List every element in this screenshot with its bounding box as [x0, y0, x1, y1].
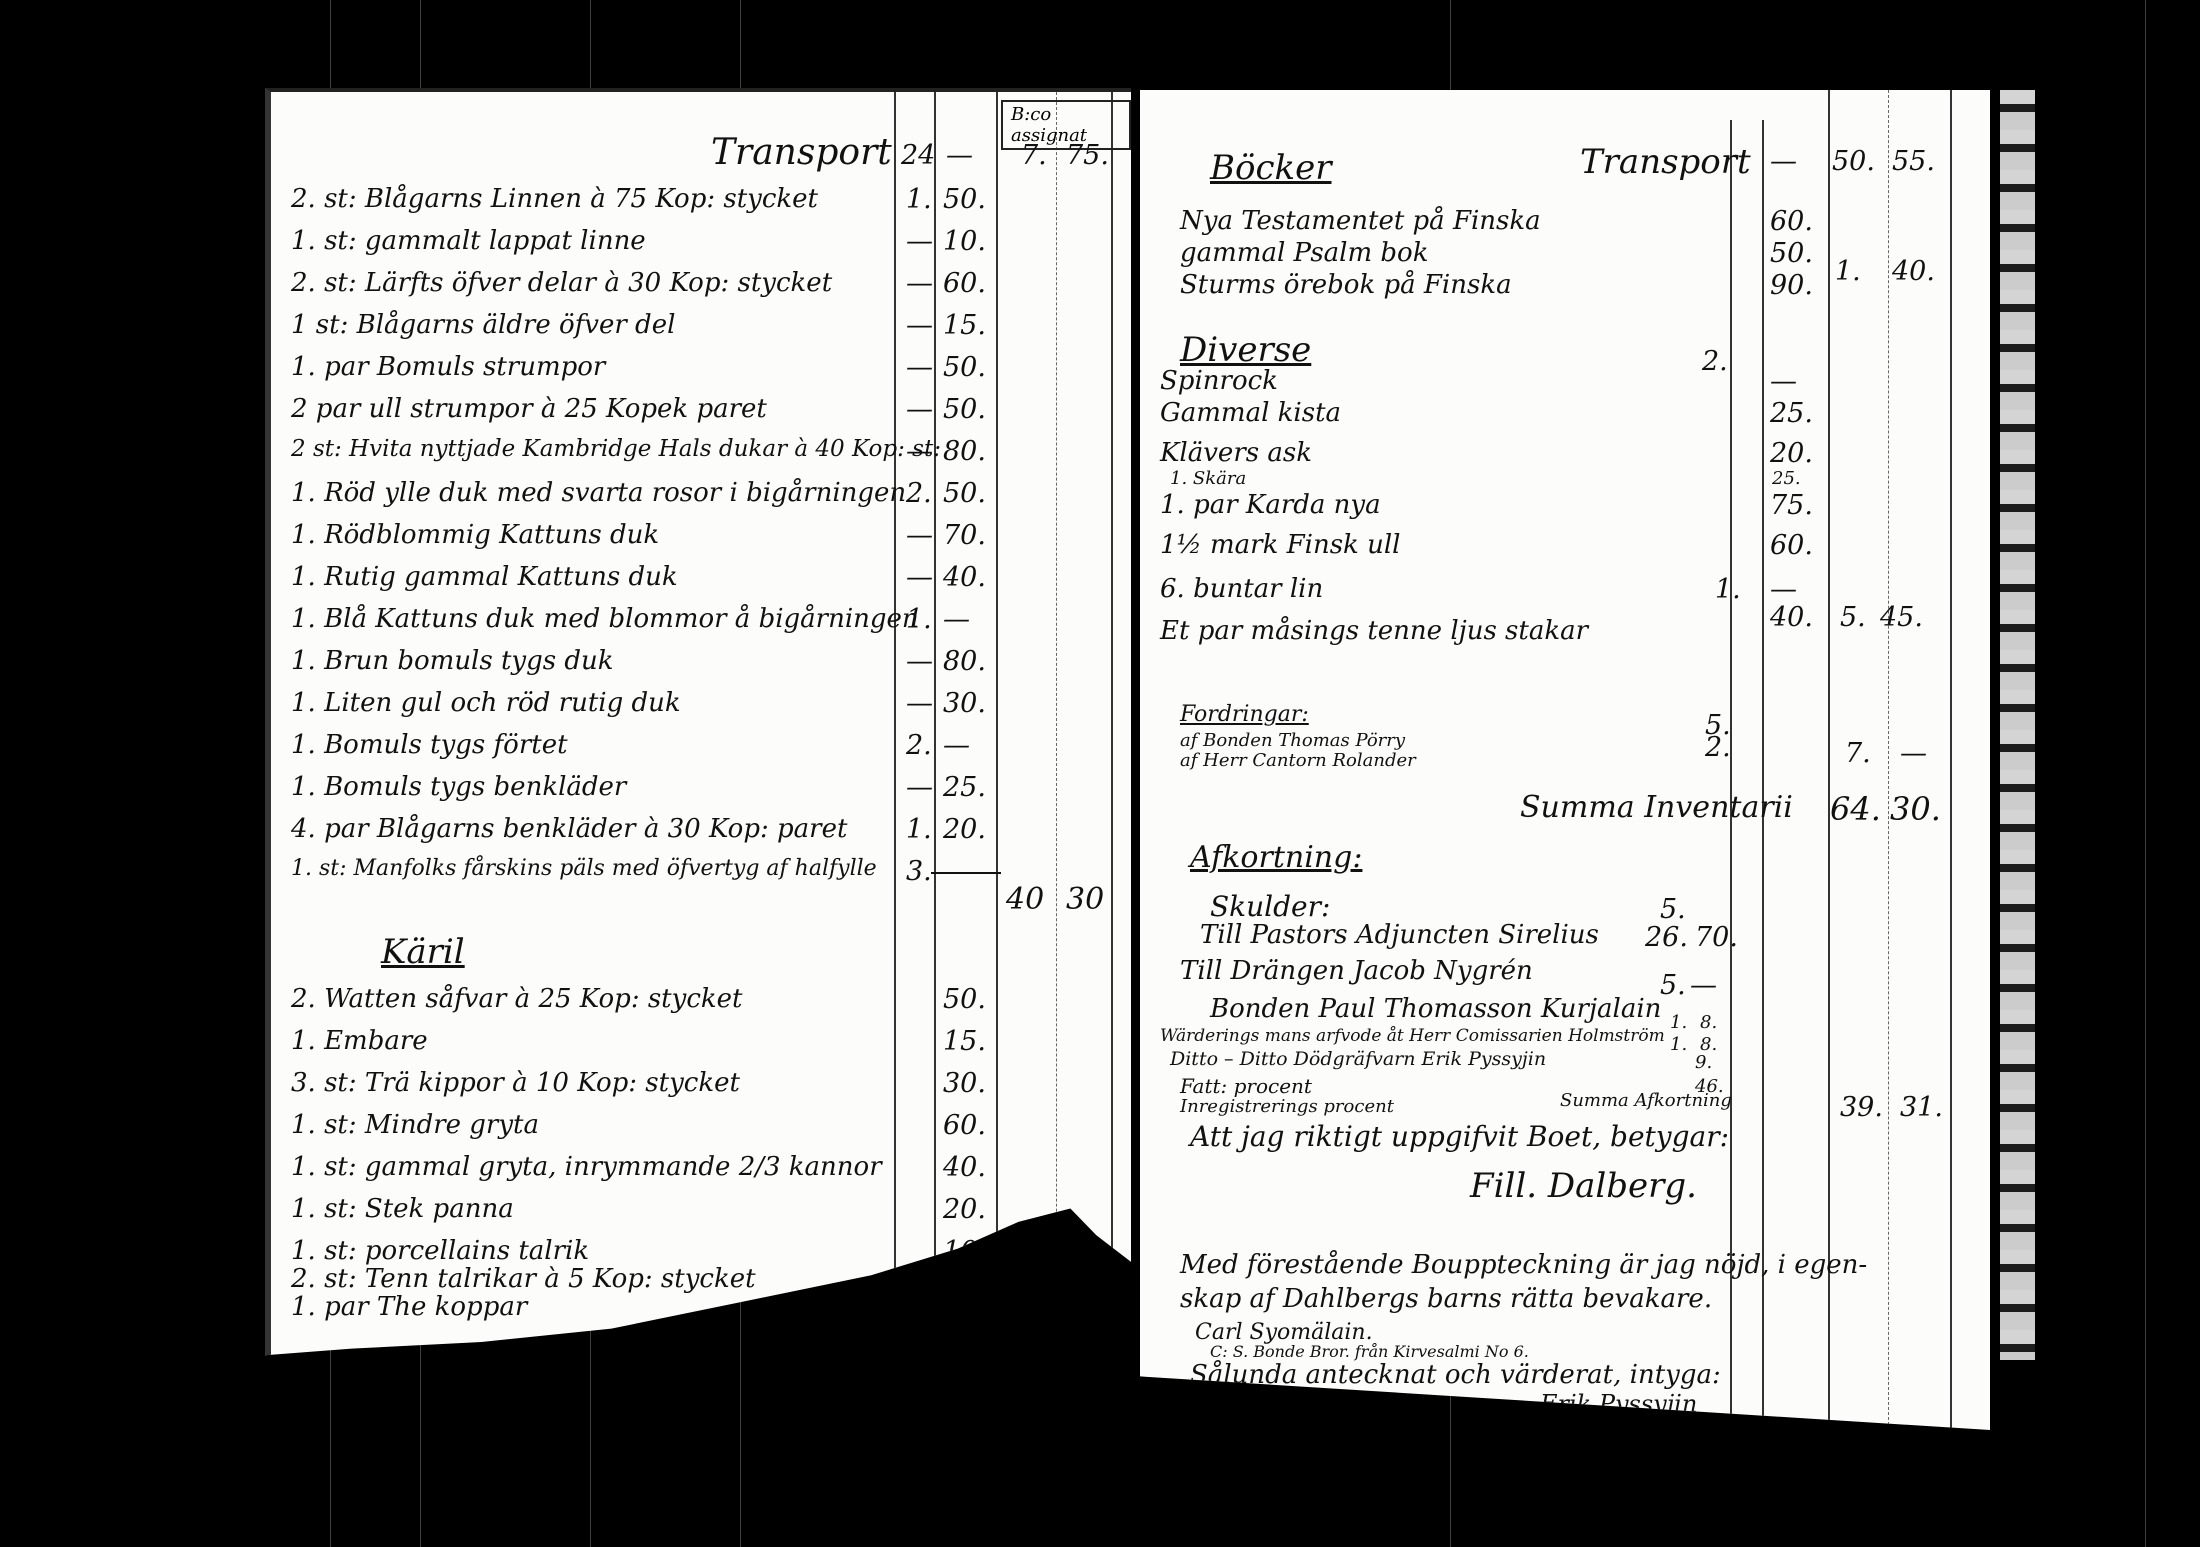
ledger-row: 1. st: Manfolks fårskins päls med öfvert… — [271, 856, 1131, 898]
ledger-row: Sturms örebok på Finska 90. — [1140, 270, 1990, 312]
transport-sum-rubel: 50. — [1832, 146, 1875, 177]
section-heading-fordringar: Fordringar: — [1180, 702, 1309, 727]
ledger-row: 2 st: Hvita nyttjade Kambridge Hals duka… — [271, 436, 1131, 478]
karil-subtotal-kop: 50. — [1061, 1288, 1109, 1323]
summa-inventarii-rubel: 64. — [1830, 790, 1881, 828]
signature-dalberg: Fill. Dalberg. — [1470, 1166, 1697, 1206]
transport-sum-kop: 75. — [1066, 140, 1109, 171]
ledger-row: 1. st: gammalt lappat linne — 10. — [271, 226, 1131, 268]
ledger-row: 2. st: Lärfts öfver delar à 30 Kop: styc… — [271, 268, 1131, 310]
summa-afkortning-kop: 31. — [1900, 1092, 1943, 1123]
signature-pyssyjin: Erik Pyssyjin — [1540, 1390, 1697, 1418]
section-heading-bocker: Böcker — [1210, 148, 1331, 188]
attestation-text: Att jag riktigt uppgifvit Boet, betygar: — [1190, 1120, 1729, 1153]
summa-inventarii-kop: 30. — [1890, 790, 1941, 828]
summa-inventarii-label: Summa Inventarii — [1520, 790, 1793, 825]
transport-out-kop: 55. — [1061, 1360, 1112, 1398]
subtotal-rubel: 40 — [1006, 882, 1044, 917]
statement-line-2: skap af Dahlbergs barns rätta bevakare. — [1180, 1284, 1712, 1314]
fordringar-subtotal-kop: — — [1900, 738, 1927, 769]
summa-afkortning-label: Summa Afkortning — [1560, 1090, 1732, 1111]
ledger-row: 1 st: Blågarns äldre öfver del — 15. — [271, 310, 1131, 352]
section-heading-diverse: Diverse — [1180, 330, 1311, 370]
karil-subtotal-rubel: 2. — [1006, 1288, 1035, 1323]
ledger-row: 1. Rutig gammal Kattuns duk — 40. — [271, 562, 1131, 604]
transport-kop: — — [946, 140, 973, 171]
ledger-row: 1. par Karda nya 75. — [1140, 490, 1990, 532]
statement-line-1: Med förestående Bouppteckning är jag nöj… — [1180, 1250, 1867, 1280]
ledger-row: 1. Liten gul och röd rutig duk — 30. — [271, 688, 1131, 730]
bocker-subtotal-rubel: 1. — [1835, 256, 1861, 287]
total-rule — [521, 1344, 1121, 1347]
ledger-row: 1. st: Mindre gryta 60. — [271, 1110, 1131, 1152]
ledger-row: 1. Embare 15. — [271, 1026, 1131, 1068]
subheading-skulder: Skulder: — [1210, 890, 1330, 923]
ledger-row: Gammal kista 25. — [1140, 398, 1990, 440]
signature-note: C: S. Bonde Bror. från Kirvesalmi No 6. — [1210, 1342, 1529, 1361]
diverse-subtotal-kop: 45. — [1880, 602, 1923, 633]
scan-artifact — [2145, 0, 2146, 1547]
ledger-row: 2. st: Blågarns Linnen à 75 Kop: stycket… — [271, 184, 1131, 226]
page-edge-strip — [2000, 90, 2035, 1360]
transport-out-label: Transport — [591, 1360, 772, 1401]
section-heading-afkortning: Afkortning: — [1190, 840, 1362, 875]
ledger-row: 1. Röd ylle duk med svarta rosor i bigår… — [271, 478, 1131, 520]
transport-label: Transport — [1580, 142, 1751, 182]
ledger-row: Till Drängen Jacob Nygrén 26. 70. — [1140, 956, 1990, 998]
signature-sirelius: J.J. Sirelius. — [1160, 1396, 1299, 1424]
diverse-subtotal-rubel: 5. — [1840, 602, 1866, 633]
ledger-row: 1. Rödblommig Kattuns duk — 70. — [271, 520, 1131, 562]
ledger-row: 4. par Blågarns benkläder à 30 Kop: pare… — [271, 814, 1131, 856]
ledger-row: 3. st: Trä kippor à 10 Kop: stycket 30. — [271, 1068, 1131, 1110]
transport-out-rubel: 50. — [1001, 1360, 1052, 1398]
transport-sum-rubel: 7. — [1021, 140, 1047, 171]
ledger-row: 1. Brun bomuls tygs duk — 80. — [271, 646, 1131, 688]
summa-afkortning-rubel: 39. — [1840, 1092, 1883, 1123]
signature-holmstrom: A. Holmström. — [1320, 1396, 1482, 1421]
transport-rubel: 24 — [901, 140, 935, 171]
ledger-row: 1. Blå Kattuns duk med blommor å bigårni… — [271, 604, 1131, 646]
ledger-row: 1. Bomuls tygs förtet 2. — — [271, 730, 1131, 772]
ledger-row: 1. par Bomuls strumpor — 50. — [271, 352, 1131, 394]
subtotal-kop: 30 — [1066, 882, 1104, 917]
bocker-subtotal-kop: 40. — [1892, 256, 1935, 287]
ledger-row: 1. Bomuls tygs benkläder — 25. — [271, 772, 1131, 814]
left-page: B:co assignat Transport 24 — 7. 75. 2. s… — [265, 88, 1131, 1422]
ledger-row: 1. st: gammal gryta, inrymmande 2/3 kann… — [271, 1152, 1131, 1194]
section-heading-karil: Käril — [381, 932, 465, 972]
subtotal-rule — [931, 872, 1001, 874]
transport-label: Transport — [711, 132, 892, 173]
signature-pyssyjin-title: Dödgräfvare. — [1545, 1416, 1652, 1430]
fordringar-subtotal-rubel: 7. — [1845, 738, 1871, 769]
ledger-row: 1. st: Stek panna 20. — [271, 1194, 1131, 1236]
ledger-row: 2 par ull strumpor à 25 Kopek paret — 50… — [271, 394, 1131, 436]
ledger-row: 1½ mark Finsk ull 60. — [1140, 530, 1990, 572]
right-page: Böcker Transport — 50. 55. Nya Testament… — [1140, 90, 1990, 1430]
ledger-row: 1. par The koppar 15. — [271, 1292, 1131, 1334]
certification-text: Sålunda antecknat och värderat, intyga: — [1190, 1360, 1721, 1390]
transport-sum-kop: 55. — [1892, 146, 1935, 177]
ledger-row: 2. Watten såfvar à 25 Kop: stycket 50. — [271, 984, 1131, 1026]
